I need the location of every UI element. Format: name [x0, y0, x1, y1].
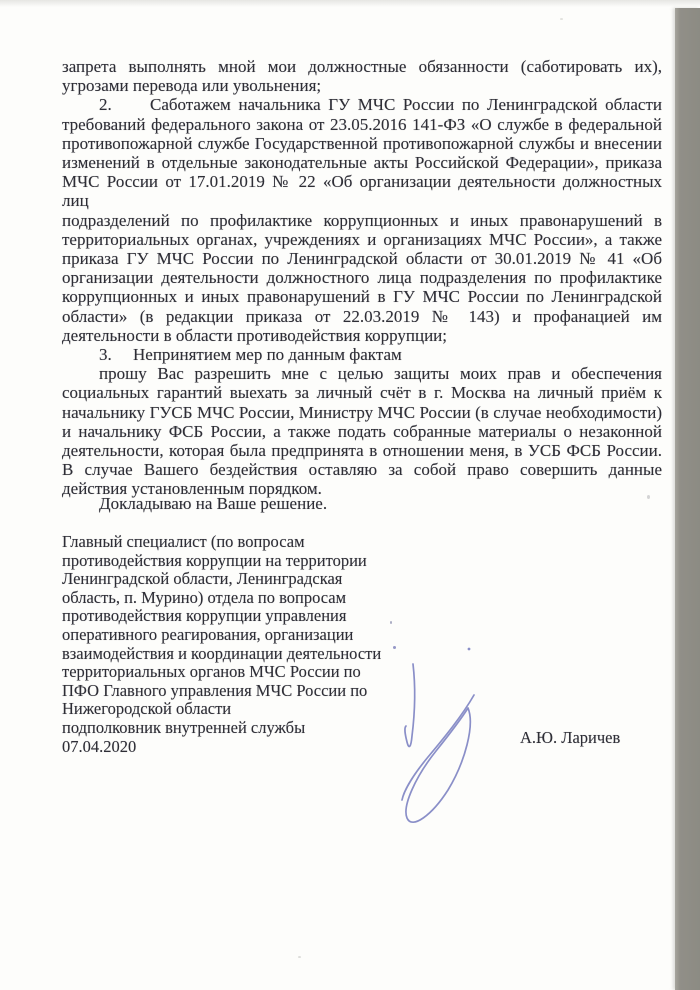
signature-block-line: взаимодействия и координации деятельност… [62, 645, 662, 664]
text-line: угрозами перевода или увольнения; [62, 76, 662, 95]
signee-name: А.Ю. Ларичев [520, 729, 620, 748]
rank-line: подполковник внутренней службы [62, 718, 305, 737]
signature-block-line: Главный специалист (по вопросам [62, 533, 662, 552]
text-line: подразделений по профилактике коррупцион… [62, 211, 662, 230]
text-line: противопожарной службе Государственной п… [62, 134, 662, 153]
text-line: начальнику ГУСБ МЧС России, Министру МЧС… [62, 403, 662, 422]
text-line: коррупционных и иных правонарушений в ГУ… [62, 287, 662, 306]
text-line: требований федерального закона от 23.05.… [62, 115, 662, 134]
text-line: социальных гарантий выехать за личный сч… [62, 383, 662, 402]
scanned-page: запрета выполнять мной мои должностные о… [0, 0, 700, 990]
text-line: приказа ГУ МЧС России по Ленинградской о… [62, 249, 662, 268]
closing-line: Докладываю на Ваше решение. [99, 494, 327, 513]
signature-block-line: Ленинградской области, Ленинградская [62, 570, 662, 589]
signature-block: Главный специалист (по вопросампротиводе… [62, 533, 662, 756]
handwritten-signature [380, 640, 520, 840]
scan-speck [393, 646, 396, 649]
text-line: прошу Вас разрешить мне с целью защиты м… [62, 364, 662, 383]
text-line: области» (в редакции приказа от 22.03.20… [62, 307, 662, 326]
scan-speck [647, 495, 650, 499]
text-line: В случае Вашего бездействия оставляю за … [62, 460, 662, 479]
text-line: запрета выполнять мной мои должностные о… [62, 57, 662, 76]
scan-speck [390, 621, 392, 624]
text-line: организации деятельности должностного ли… [62, 268, 662, 287]
signature-block-line: Нижегородской области [62, 700, 662, 719]
signature-block-line: область, п. Мурино) отдела по вопросам [62, 589, 662, 608]
signature-block-line: территориальных органов МЧС России по [62, 663, 662, 682]
scan-speck [560, 18, 563, 20]
scanner-background-band [675, 8, 700, 990]
signature-block-lines: Главный специалист (по вопросампротиводе… [62, 533, 662, 719]
scan-speck [313, 489, 316, 492]
signature-block-line: противодействия коррупции на территории [62, 552, 662, 571]
text-line: МЧС России от 17.01.2019 № 22 «Об органи… [62, 172, 662, 210]
text-line: территориальных органах, учреждениях и о… [62, 230, 662, 249]
signature-block-line: противодействия коррупции управления [62, 607, 662, 626]
scan-speck [298, 956, 301, 958]
text-line: деятельности в области противодействия к… [62, 326, 662, 345]
signature-block-line: ПФО Главного управления МЧС России по [62, 682, 662, 701]
document-body: запрета выполнять мной мои должностные о… [62, 57, 662, 499]
text-line: 2. Саботажем начальника ГУ МЧС России по… [62, 95, 662, 114]
signature-block-line: оперативного реагирования, организации [62, 626, 662, 645]
text-line: деятельности, которая была предпринята в… [62, 441, 662, 460]
text-line: 3. Непринятием мер по данным фактам [62, 345, 662, 364]
scan-edge-shadow [0, 0, 700, 7]
text-line: и начальнику ФСБ России, а также подать … [62, 422, 662, 441]
text-line: изменений в отдельные законодательные ак… [62, 153, 662, 172]
